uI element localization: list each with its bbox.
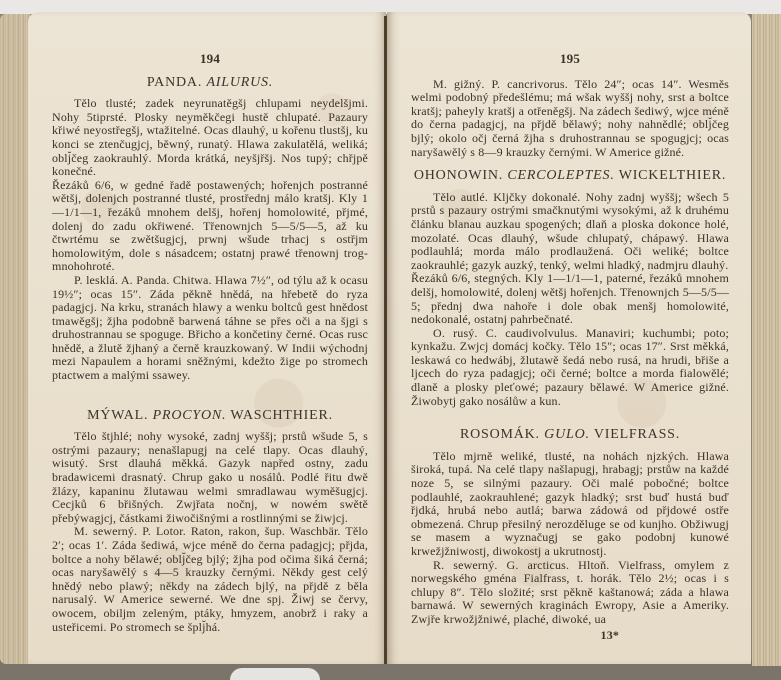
section-spacer — [52, 383, 368, 403]
paragraph: M. gižný. P. cancrivorus. Tělo 24″; ocas… — [411, 78, 729, 160]
section-heading-gulo: ROSOMÁK. GULO. VIELFRASS. — [411, 428, 729, 442]
paragraph: M. sewerný. P. Lotor. Raton, rakon, šup.… — [52, 525, 368, 634]
heading-latin: PROCYON. — [153, 408, 227, 423]
section-spacer — [411, 408, 729, 422]
heading-czech: PANDA. — [147, 75, 202, 90]
right-page: 195 M. gižný. P. cancrivorus. Tělo 24″; … — [387, 12, 751, 664]
right-page-block-edge — [752, 14, 781, 666]
paragraph: Řezáků 6/6, stegných. Kly 1—1/1—1, pater… — [411, 272, 729, 326]
left-page-block-edge — [0, 14, 30, 664]
paragraph: Tělo autlé. Kljčky dokonalé. Nohy zadnj … — [411, 191, 729, 273]
heading-latin: CERCOLEPTES. — [507, 168, 614, 183]
page-number: 194 — [52, 52, 368, 66]
heading-german: VIELFRASS. — [594, 427, 680, 442]
paragraph: Řezáků 6/6, w gedné řadě postawených; ho… — [52, 179, 368, 274]
signature-mark: 13* — [411, 629, 729, 643]
left-page-content: 194 PANDA. AILURUS. Tělo tlusté; zadek n… — [52, 52, 368, 634]
scan-background-highlight — [230, 668, 320, 680]
page-number: 195 — [411, 52, 729, 66]
paragraph: R. sewerný. G. arcticus. Hltoň. Vielfras… — [411, 559, 729, 627]
paragraph: Tělo tlusté; zadek neyrunatěgšj chlupami… — [52, 97, 368, 179]
heading-latin: GULO. — [544, 427, 590, 442]
paragraph: O. rusý. C. caudivolvulus. Manaviri; kuc… — [411, 327, 729, 409]
section-heading-panda: PANDA. AILURUS. — [52, 76, 368, 90]
section-heading-cercoleptes: OHONOWIN. CERCOLEPTES. WICKELTHIER. — [411, 169, 729, 183]
paragraph: Tělo štjhlé; nohy wysoké, zadnj wyššj; p… — [52, 430, 368, 525]
heading-czech: MÝWAL. — [87, 408, 148, 423]
heading-czech: ROSOMÁK. — [460, 427, 540, 442]
right-page-content: 195 M. gižný. P. cancrivorus. Tělo 24″; … — [411, 52, 729, 642]
left-page: 194 PANDA. AILURUS. Tělo tlusté; zadek n… — [28, 12, 386, 664]
section-heading-procyon: MÝWAL. PROCYON. WASCHTHIER. — [52, 409, 368, 423]
heading-german: WASCHTHIER. — [230, 408, 333, 423]
heading-latin: AILURUS. — [206, 75, 273, 90]
paragraph: P. lesklá. A. Panda. Chitwa. Hlawa 7½″, … — [52, 274, 368, 383]
heading-german: WICKELTHIER. — [619, 168, 726, 183]
paragraph: Tělo mjrně weliké, tlusté, na nohách njz… — [411, 450, 729, 559]
heading-czech: OHONOWIN. — [414, 168, 503, 183]
